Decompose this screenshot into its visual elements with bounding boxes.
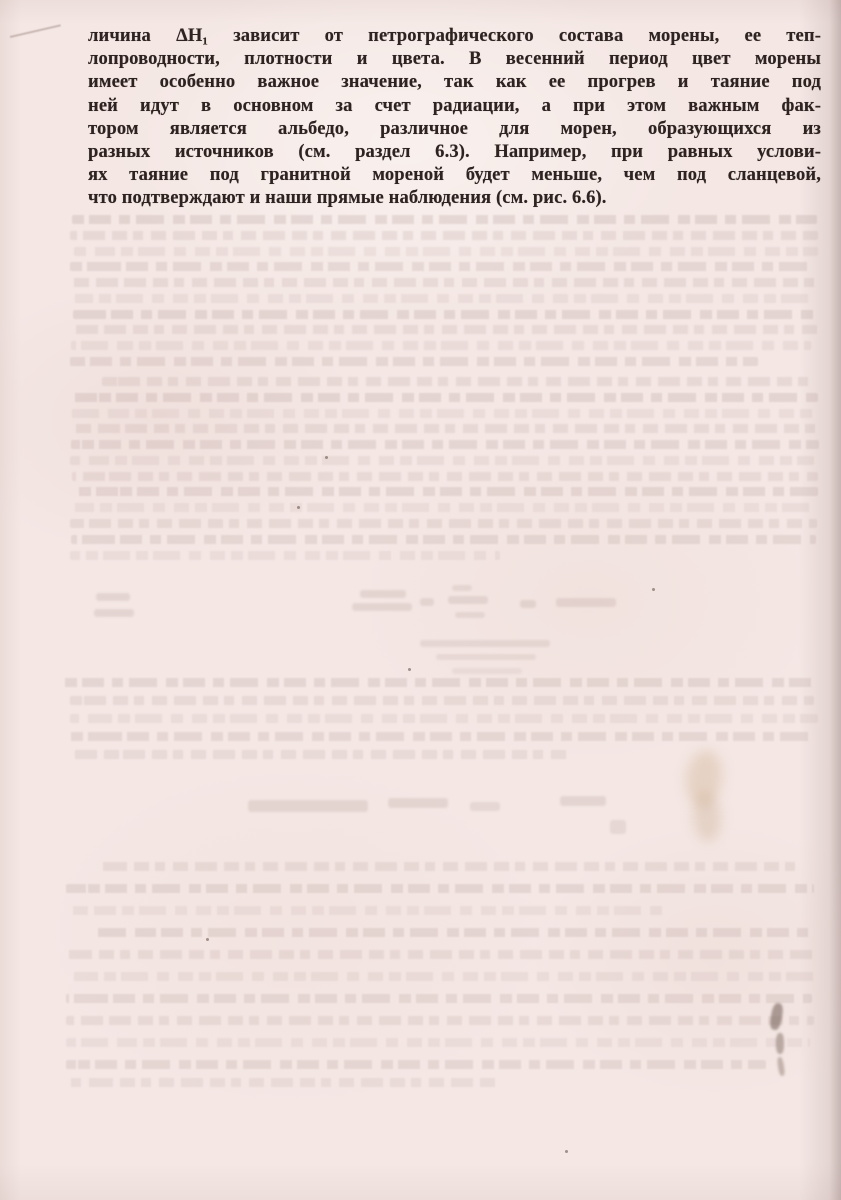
ghost-text-line bbox=[70, 714, 818, 723]
ghost-text-line bbox=[70, 325, 818, 334]
ghost-text-line bbox=[70, 357, 758, 366]
ink-mark bbox=[769, 1002, 785, 1031]
ghost-formula-mark bbox=[452, 668, 522, 674]
ghost-text-line bbox=[73, 310, 818, 319]
ghost-formula-mark bbox=[436, 654, 536, 660]
paragraph-line: личина ΔH₁ зависит от петрографического … bbox=[88, 24, 821, 47]
ghost-text-line bbox=[66, 950, 816, 959]
ghost-formula-mark bbox=[94, 609, 134, 617]
ghost-text-line bbox=[96, 928, 812, 937]
ghost-text-line bbox=[102, 377, 816, 386]
ghost-text-line bbox=[66, 1038, 810, 1047]
ghost-text-line bbox=[71, 535, 816, 544]
ghost-text-line bbox=[64, 678, 818, 687]
ghost-text-line bbox=[66, 1016, 814, 1025]
ghost-text-line bbox=[71, 440, 819, 449]
ghost-text-line bbox=[70, 519, 817, 528]
ghost-text-line bbox=[70, 732, 816, 741]
ghost-text-line bbox=[70, 262, 816, 271]
ghost-text-line bbox=[66, 972, 814, 981]
main-paragraph: личина ΔH₁ зависит от петрографического … bbox=[88, 24, 821, 210]
paper-speck bbox=[297, 506, 300, 509]
ghost-formula-mark bbox=[388, 798, 448, 808]
ghost-text-line bbox=[72, 472, 818, 481]
ghost-formula-mark bbox=[96, 593, 130, 601]
ghost-text-line bbox=[70, 551, 500, 560]
paper-speck bbox=[206, 938, 209, 941]
crease-mark bbox=[10, 24, 61, 38]
paper-speck bbox=[325, 456, 328, 459]
ghost-formula-mark bbox=[455, 612, 485, 618]
ghost-text-line bbox=[74, 247, 818, 256]
ghost-formula-mark bbox=[448, 596, 488, 604]
ghost-text-line bbox=[70, 750, 568, 759]
ghost-text-line bbox=[66, 994, 812, 1003]
ghost-formula-mark bbox=[520, 600, 536, 608]
ghost-text-line bbox=[70, 294, 812, 303]
paragraph-line: разных источников (см. раздел 6.3). Напр… bbox=[88, 140, 821, 163]
ghost-text-line bbox=[96, 862, 796, 871]
paragraph-line: лопроводности, плотности и цвета. В весе… bbox=[88, 47, 821, 70]
ghost-text-line bbox=[66, 884, 814, 893]
ghost-formula-mark bbox=[556, 598, 616, 607]
ghost-formula-mark bbox=[470, 802, 500, 811]
paper-speck bbox=[652, 588, 655, 591]
ghost-text-line bbox=[72, 278, 820, 287]
ghost-text-line bbox=[66, 906, 664, 915]
ghost-text-line bbox=[70, 424, 817, 433]
ghost-text-line bbox=[73, 503, 816, 512]
ghost-formula-mark bbox=[420, 598, 434, 606]
ghost-text-line bbox=[66, 1078, 496, 1087]
ghost-text-line bbox=[70, 456, 814, 465]
ghost-formula-mark bbox=[352, 603, 412, 611]
paper-speck bbox=[408, 668, 411, 671]
paragraph-line: ней идут в основном за счет радиации, а … bbox=[88, 94, 821, 117]
paper-speck bbox=[565, 1150, 568, 1153]
paragraph-line: тором является альбедо, различное для мо… bbox=[88, 117, 821, 140]
ghost-formula-mark bbox=[560, 796, 606, 806]
paragraph-line: имеет особенно важное значение, так как … bbox=[88, 70, 821, 93]
ghost-text-line bbox=[70, 231, 818, 240]
ghost-text-line bbox=[72, 409, 817, 418]
ghost-formula-mark bbox=[420, 640, 550, 647]
ghost-formula-mark bbox=[248, 800, 368, 812]
stain bbox=[691, 791, 722, 843]
paragraph-line: что подтверждают и наши прямые наблюдени… bbox=[88, 186, 821, 209]
ghost-formula-mark bbox=[610, 820, 626, 834]
ink-mark bbox=[777, 1057, 786, 1077]
ghost-text-line bbox=[66, 1060, 766, 1069]
ghost-formula-mark bbox=[360, 590, 406, 598]
ghost-text-line bbox=[70, 487, 818, 496]
ghost-formula-mark bbox=[452, 585, 472, 591]
ghost-text-line bbox=[70, 696, 814, 705]
stain bbox=[682, 748, 725, 808]
scanned-page: личина ΔH₁ зависит от петрографического … bbox=[0, 0, 841, 1200]
ghost-text-line bbox=[70, 393, 818, 402]
ink-mark bbox=[776, 1033, 784, 1054]
paragraph-line: ях таяние под гранитной мореной будет ме… bbox=[88, 163, 821, 186]
ghost-text-line bbox=[71, 341, 811, 350]
ghost-text-line bbox=[72, 215, 817, 224]
